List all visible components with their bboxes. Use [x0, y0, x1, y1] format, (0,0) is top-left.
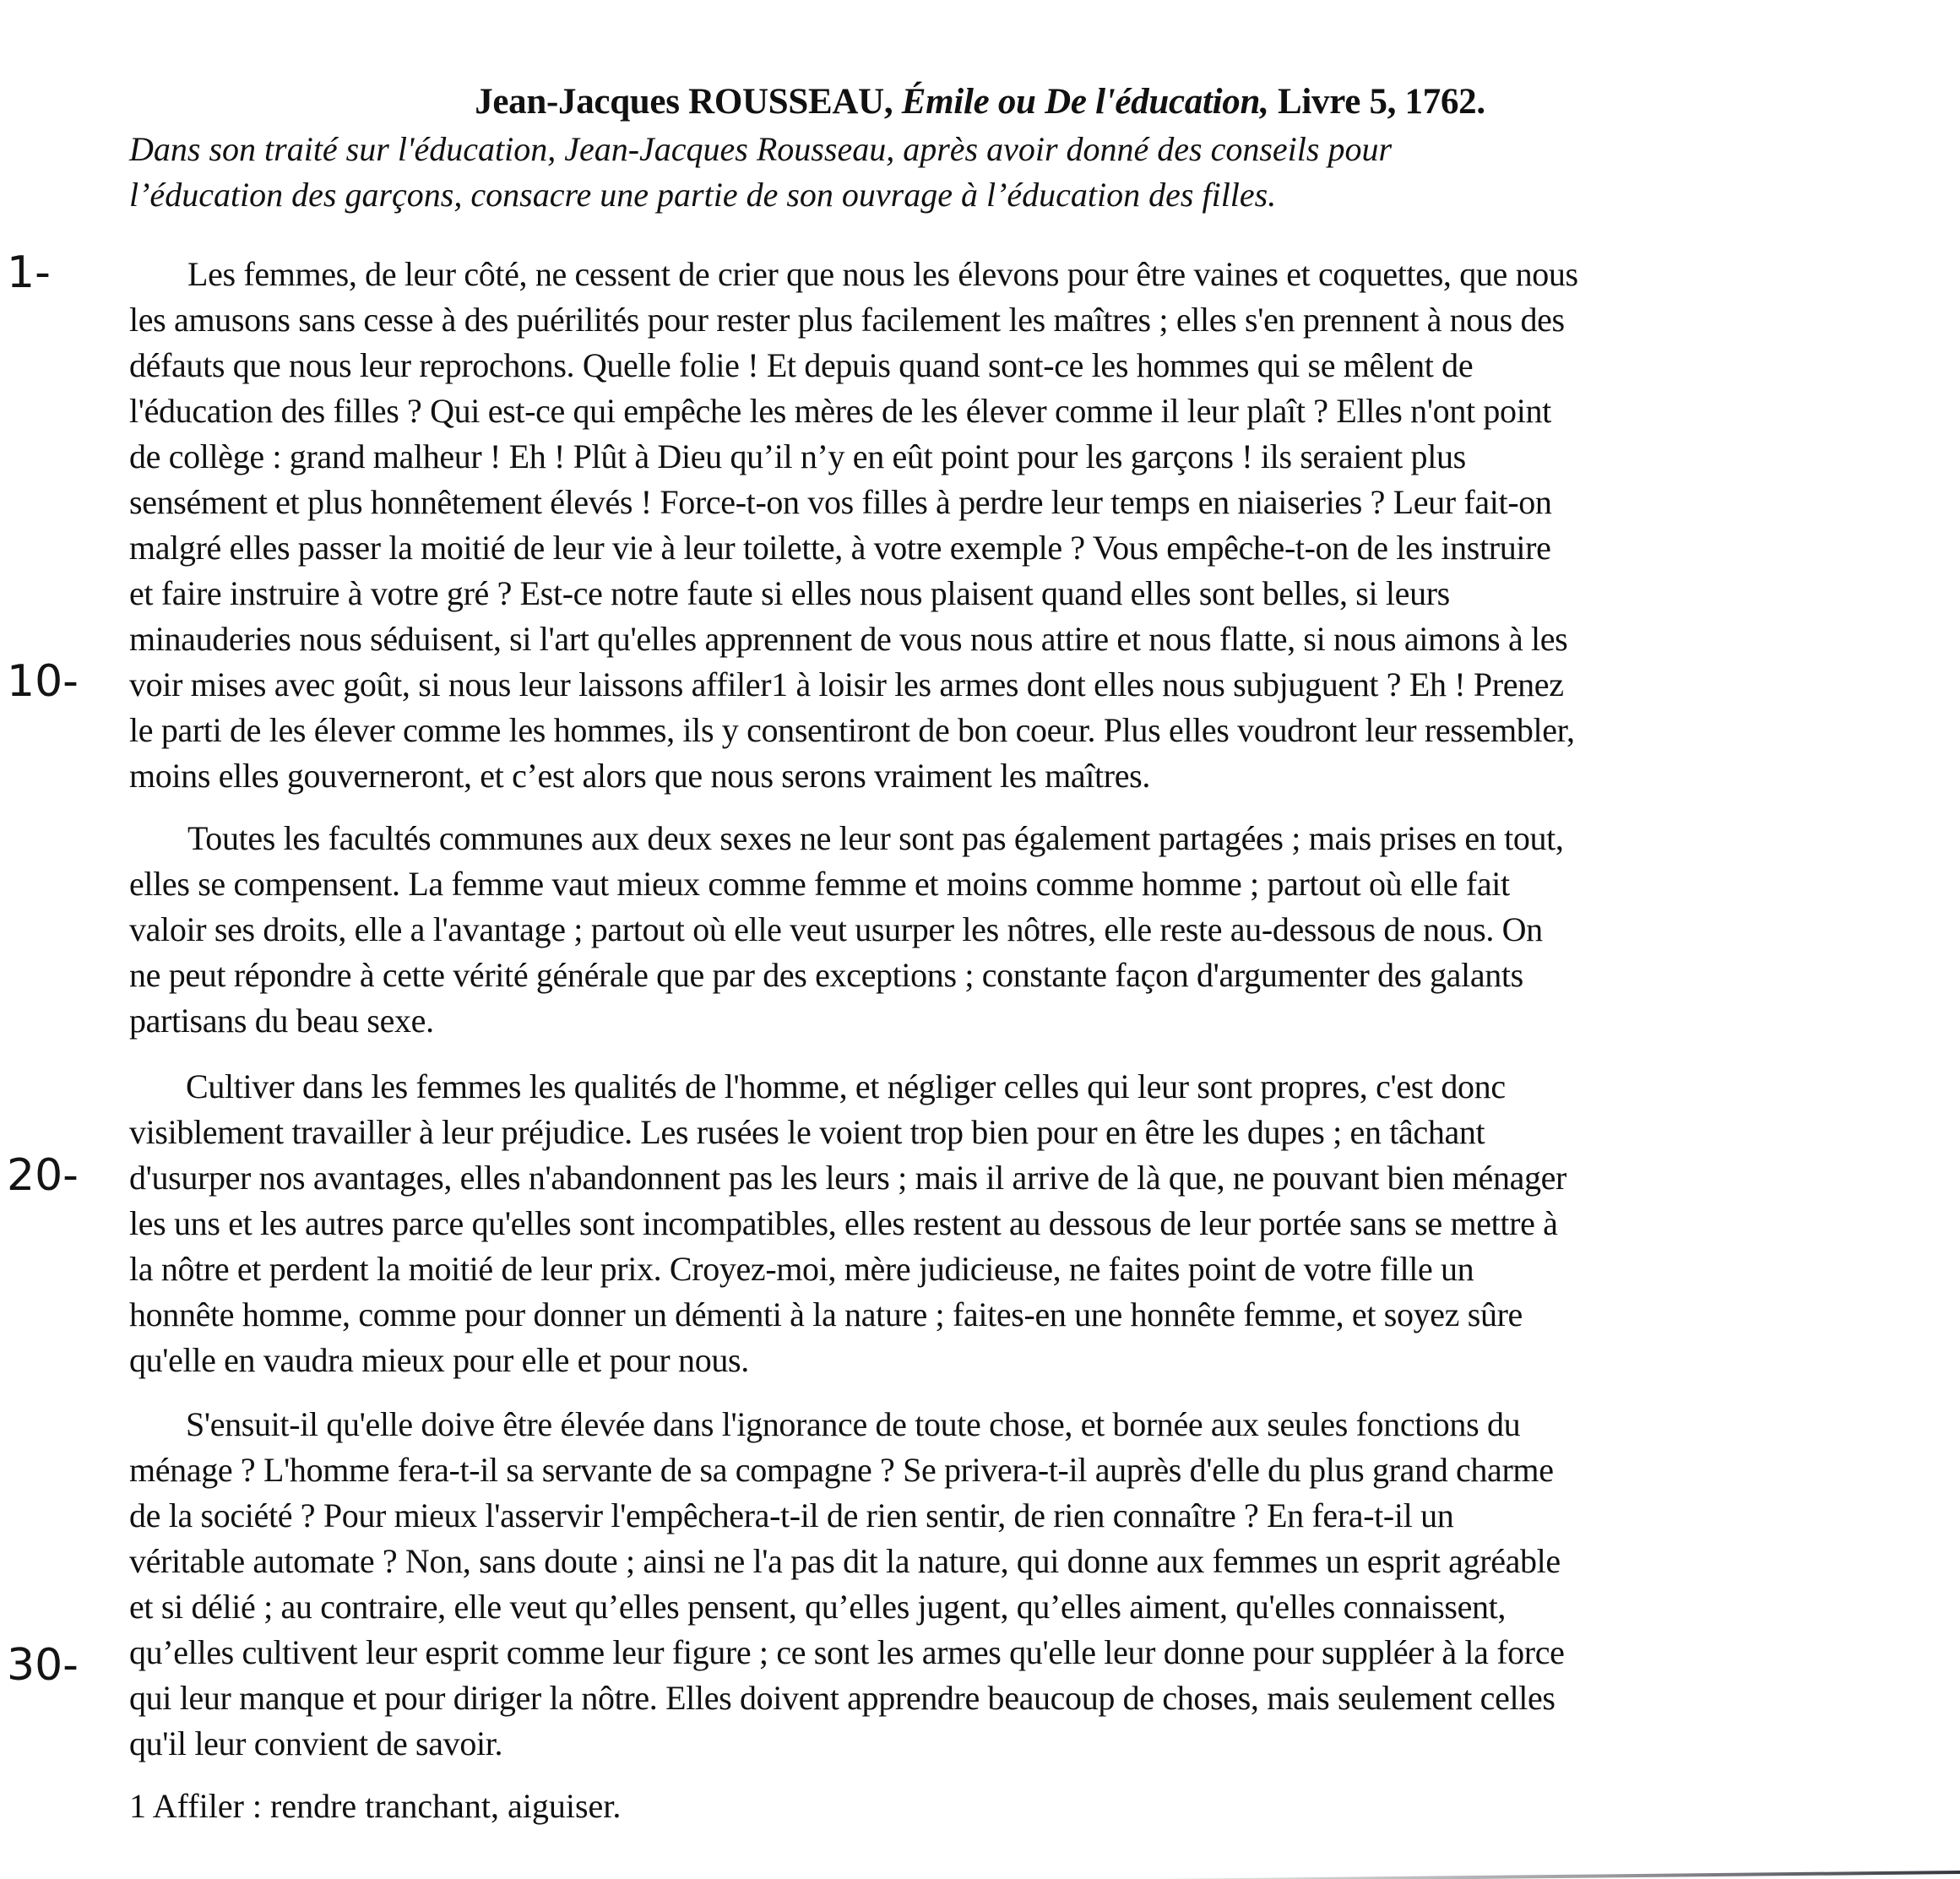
- line-number-1: 1-: [7, 250, 51, 296]
- text-line: les uns et les autres parce qu'elles son…: [129, 1201, 1558, 1246]
- text-line: la nôtre et perdent la moitié de leur pr…: [129, 1246, 1474, 1292]
- intro-line: l’éducation des garçons, consacre une pa…: [129, 172, 1818, 218]
- document-title: Jean-Jacques ROUSSEAU, Émile ou De l'édu…: [0, 81, 1960, 122]
- text-line: sensément et plus honnêtement élevés ! F…: [129, 480, 1552, 525]
- intro-text: Dans son traité sur l'éducation, Jean-Ja…: [129, 127, 1818, 218]
- text-line: les amusons sans cesse à des puérilités …: [129, 297, 1565, 343]
- title-work: Émile ou De l'éducation,: [902, 82, 1269, 122]
- text-line: le parti de les élever comme les hommes,…: [129, 708, 1575, 753]
- text-line: minauderies nous séduisent, si l'art qu'…: [129, 616, 1567, 662]
- line-number-10: 10-: [7, 659, 79, 704]
- text-line: qu'il leur convient de savoir.: [129, 1721, 502, 1767]
- text-line: et si délié ; au contraire, elle veut qu…: [129, 1584, 1506, 1630]
- text-line: Les femmes, de leur côté, ne cessent de …: [187, 252, 1578, 297]
- text-line: l'éducation des filles ? Qui est-ce qui …: [129, 388, 1551, 434]
- text-line: honnête homme, comme pour donner un déme…: [129, 1292, 1523, 1338]
- text-line: Toutes les facultés communes aux deux se…: [187, 816, 1564, 861]
- text-line: partisans du beau sexe.: [129, 998, 434, 1044]
- title-author: Jean-Jacques ROUSSEAU,: [475, 82, 893, 122]
- document-page: Jean-Jacques ROUSSEAU, Émile ou De l'édu…: [0, 0, 1960, 1879]
- title-book-year: Livre 5, 1762.: [1278, 82, 1485, 122]
- text-line: elles se compensent. La femme vaut mieux…: [129, 861, 1510, 907]
- text-line: de la société ? Pour mieux l'asservir l'…: [129, 1493, 1453, 1539]
- text-line: qu’elles cultivent leur esprit comme leu…: [129, 1630, 1565, 1675]
- text-line: moins elles gouverneront, et c’est alors…: [129, 753, 1150, 799]
- text-line: de collège : grand malheur ! Eh ! Plût à…: [129, 434, 1466, 480]
- text-line: Cultiver dans les femmes les qualités de…: [186, 1064, 1506, 1110]
- text-line: ne peut répondre à cette vérité générale…: [129, 953, 1523, 998]
- text-line: d'usurper nos avantages, elles n'abandon…: [129, 1155, 1566, 1201]
- scan-edge-shadow: [1047, 1871, 1960, 1879]
- line-number-30: 30-: [7, 1643, 79, 1688]
- text-line: qu'elle en vaudra mieux pour elle et pou…: [129, 1338, 749, 1383]
- text-line: qui leur manque et pour diriger la nôtre…: [129, 1675, 1556, 1721]
- intro-line: Dans son traité sur l'éducation, Jean-Ja…: [129, 127, 1818, 172]
- text-line: malgré elles passer la moitié de leur vi…: [129, 525, 1551, 571]
- text-line: valoir ses droits, elle a l'avantage ; p…: [129, 907, 1543, 953]
- footnote: 1 Affiler : rendre tranchant, aiguiser.: [129, 1784, 621, 1829]
- text-line: véritable automate ? Non, sans doute ; a…: [129, 1539, 1561, 1584]
- line-number-20: 20-: [7, 1153, 79, 1198]
- text-line: et faire instruire à votre gré ? Est-ce …: [129, 571, 1450, 616]
- text-line: S'ensuit-il qu'elle doive être élevée da…: [186, 1402, 1520, 1447]
- text-line: visiblement travailler à leur préjudice.…: [129, 1110, 1485, 1155]
- text-line: ménage ? L'homme fera-t-il sa servante d…: [129, 1447, 1554, 1493]
- text-line: défauts que nous leur reprochons. Quelle…: [129, 343, 1473, 388]
- text-line: voir mises avec goût, si nous leur laiss…: [129, 662, 1564, 708]
